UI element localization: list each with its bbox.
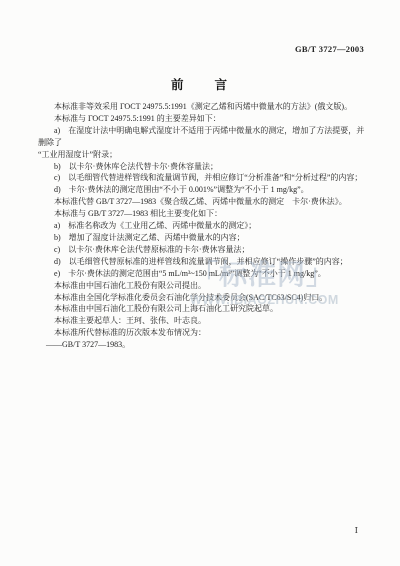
text-line: a) 标准名称改为《工业用乙烯、丙烯中微量水的测定》； xyxy=(38,220,370,232)
text-line: d) 以毛细管代替原标准的进样管线和流量调节阀，并相应修订“操作步骤”的内容； xyxy=(38,256,370,268)
text-line: 本标准主要起草人：王珂、张伟、叶志良。 xyxy=(38,315,370,327)
text-line: 本标准所代替标准的历次版本发布情况为： xyxy=(38,327,370,339)
text-line: 本标准与 ГОСТ 24975.5:1991 的主要差异如下： xyxy=(38,113,370,125)
text-line: 本标准由中国石油化工股份有限公司提出。 xyxy=(38,280,370,292)
text-line: 本标准与 GB/T 3727—1983 相比主要变化如下： xyxy=(38,208,370,220)
text-line: ——GB/T 3727—1983。 xyxy=(38,339,370,351)
text-line: 本标准由中国石油化工股份有限公司上海石油化工研究院起草。 xyxy=(38,303,370,315)
standard-doc-code: GB/T 3727—2003 xyxy=(295,44,364,54)
text-line: c) 以毛细管代替进样管线和流量调节阀，并相应修订“分析准备”和“分析过程”的内… xyxy=(38,172,370,184)
text-line: 本标准非等效采用 ГОСТ 24975.5:1991《测定乙烯和丙烯中微量水的方… xyxy=(38,101,370,113)
document-page: GB/T 3727—2003 前 言 本标准非等效采用 ГОСТ 24975.5… xyxy=(0,0,400,566)
page-title: 前 言 xyxy=(0,75,400,93)
text-line: “工业用湿度计”附录； xyxy=(38,149,370,161)
text-line: d) 卡尔·费休法的测定范围由“不小于 0.001%”调整为“不小于 1 mg/… xyxy=(38,184,370,196)
text-line: b) 增加了湿度计法测定乙烯、丙烯中微量水的内容； xyxy=(38,232,370,244)
text-line: 本标准代替 GB/T 3727—1983《聚合级乙烯、丙烯中微量水的测定 卡尔·… xyxy=(38,196,370,208)
text-line: e) 卡尔·费休法的测定范围由“5 mL/m³~150 mL/m³”调整为“不小… xyxy=(38,268,370,280)
text-line: c) 以卡尔·费休库仑法代替原标准的卡尔·费休容量法； xyxy=(38,244,370,256)
body-lines: 本标准非等效采用 ГОСТ 24975.5:1991《测定乙烯和丙烯中微量水的方… xyxy=(38,101,370,351)
text-line: 本标准由全国化学标准化委员会石油化学分技术委员会(SAC/TC63/SC4)归口… xyxy=(38,292,370,304)
text-line: a) 在湿度计法中明确电解式湿度计不适用于丙烯中微量水的测定，增加了方法提要，并… xyxy=(38,125,370,149)
page-number: Ⅰ xyxy=(355,525,358,536)
text-line: b) 以卡尔·费休库仑法代替卡尔·费休容量法； xyxy=(38,161,370,173)
